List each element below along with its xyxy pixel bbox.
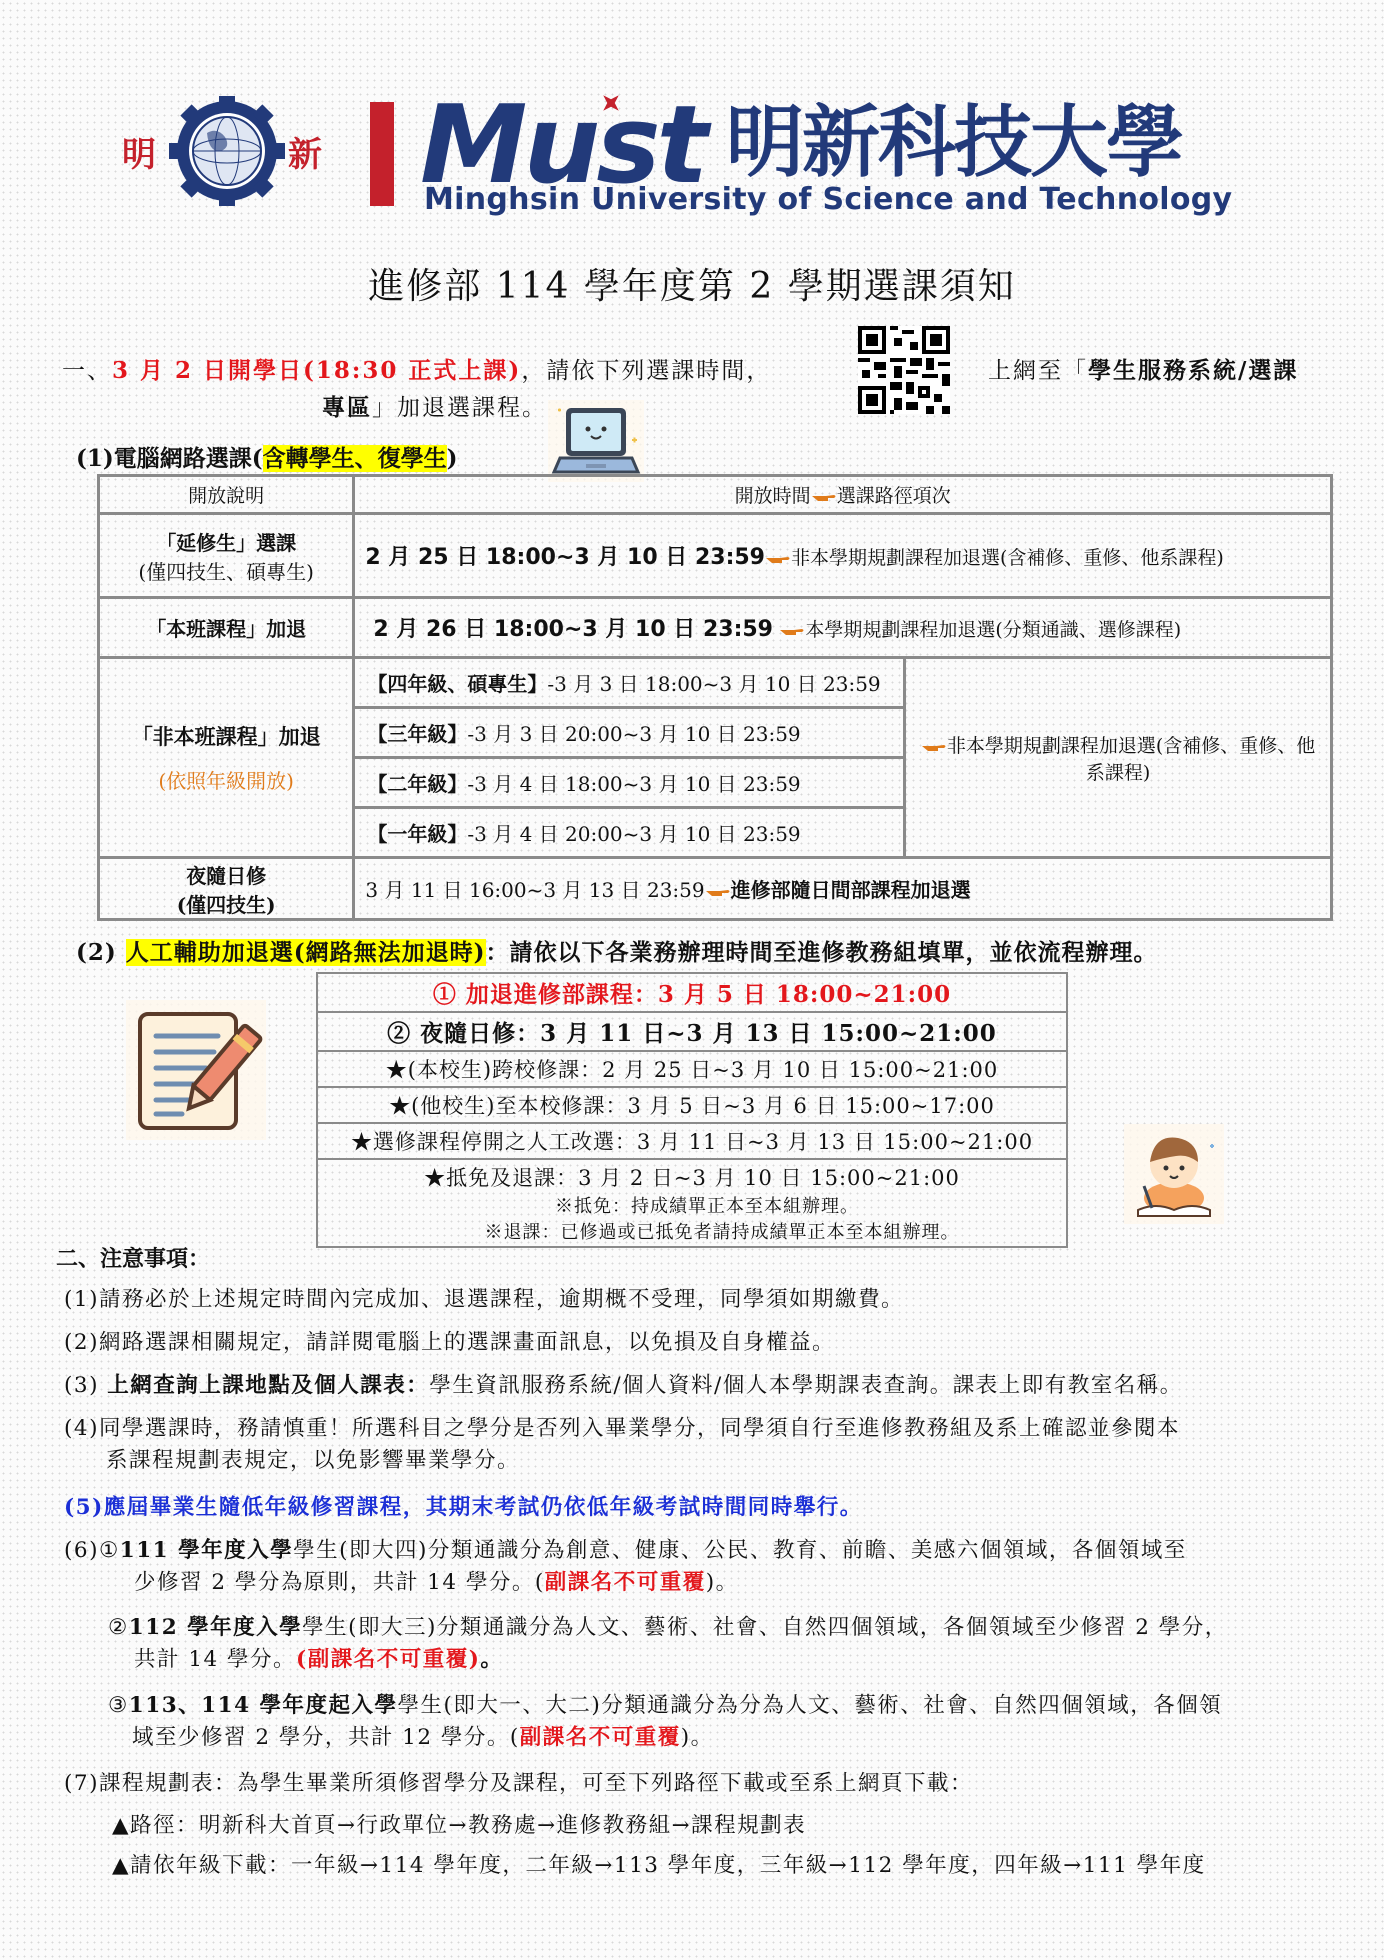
- note-item-5: (5)應屆畢業生隨低年級修習課程，其期末考試仍依低年級考試時間同時舉行。: [64, 1492, 863, 1524]
- highlight-transfer-students: 含轉學生、復學生: [263, 445, 447, 472]
- text: 開放時間: [735, 485, 811, 507]
- semester-start-date: 3 月 2 日開學日(18:30 正式上課): [112, 357, 521, 384]
- time-range: -3 月 4 日 18:00~3 月 10 日 23:59: [467, 772, 800, 796]
- manual-selection-table: ① 加退進修部課程：3 月 5 日 18:00~21:00 ② 夜隨日修：3 月…: [316, 972, 1068, 1248]
- manual-row-other-school: ★(他校生)至本校修課：3 月 5 日~3 月 6 日 15:00~17:00: [317, 1087, 1067, 1123]
- row-time-night-day: 3 月 11 日 16:00~3 月 13 日 23:59進修部隨日間部課程加退…: [354, 858, 1332, 920]
- manual-row-night-day: ② 夜隨日修：3 月 11 日~3 月 13 日 15:00~21:00: [317, 1012, 1067, 1051]
- text: 選課路徑項次: [837, 485, 951, 507]
- logo-divider-bar: [370, 102, 394, 206]
- manual-row-course-cancel: ★選修課程停開之人工改選：3 月 11 日~3 月 13 日 15:00~21:…: [317, 1123, 1067, 1159]
- note-item-6b: ②112 學年度入學學生(即大三)分類通識分為人文、藝術、社會、自然四個領域，各…: [108, 1612, 1228, 1677]
- table-row: 「非本班課程」加退 (依照年級開放) 【四年級、碩專生】-3 月 3 日 18:…: [99, 658, 1332, 708]
- no-duplicate-warning: 副課名不可重覆: [545, 1570, 706, 1595]
- pointing-hand-icon: [811, 491, 837, 503]
- text: 。: [480, 1647, 503, 1672]
- qr-code[interactable]: [858, 326, 950, 414]
- label: 「非本班課程」加退: [100, 721, 352, 751]
- note-item-7: (7)課程規劃表：為學生畢業所須修習學分及課程，可至下列路徑下載或至系上網頁下載…: [64, 1768, 973, 1800]
- grade-label: 【一年級】: [367, 822, 467, 846]
- pointing-hand-icon: [779, 625, 805, 637]
- no-duplicate-warning: 副課名不可重覆: [520, 1725, 681, 1750]
- manual-row-add-drop: ① 加退進修部課程：3 月 5 日 18:00~21:00: [317, 973, 1067, 1012]
- document-title: 進修部 114 學年度第 2 學期選課須知: [0, 258, 1384, 309]
- pointing-hand-icon: [705, 886, 731, 898]
- note-item-1: (1)請務必於上述規定時間內完成加、退選課程，逾期概不受理，同學須如期繳費。: [64, 1284, 904, 1316]
- sublabel: (僅四技生): [100, 889, 352, 918]
- section1-text: ，請依下列選課時間，: [521, 358, 771, 384]
- manual-row-waiver-withdraw: ★抵免及退課：3 月 2 日~3 月 10 日 15:00~21:00 ※抵免：…: [317, 1159, 1067, 1247]
- grade-row-4: 【四年級、碩專生】-3 月 3 日 18:00~3 月 10 日 23:59: [354, 658, 905, 708]
- svg-text:明: 明: [122, 135, 156, 175]
- selection-path: 非本學期規劃課程加退選(含補修、重修、他系課程): [791, 547, 1224, 569]
- grade-row-2: 【二年級】-3 月 4 日 18:00~3 月 10 日 23:59: [354, 758, 905, 808]
- label: 夜隨日修: [100, 860, 352, 889]
- student-service-system-link: 學生服務系統/選課: [1088, 357, 1298, 384]
- row-time-extended: 2 月 25 日 18:00~3 月 10 日 23:59非本學期規劃課程加退選…: [354, 514, 1332, 598]
- text: 系課程規劃表規定，以免影響畢業學分。: [64, 1445, 1180, 1477]
- text: 學生(即大三)分類通識分為人文、藝術、社會、自然四個領域，各個領域至少修習 2 …: [302, 1615, 1228, 1640]
- note-item-2: (2)網路選課相關規定，請詳閱電腦上的選課畫面訊息，以免損及自身權益。: [64, 1327, 835, 1359]
- time-range: -3 月 3 日 20:00~3 月 10 日 23:59: [467, 722, 800, 746]
- row-time-own-class: 2 月 26 日 18:00~3 月 10 日 23:59 本學期規劃課程加退選…: [354, 598, 1332, 658]
- pointing-hand-icon: [921, 741, 947, 753]
- waiver-note: ※抵免：持成績單正本至本組辦理。: [318, 1192, 1066, 1218]
- text: (6)①: [64, 1538, 120, 1563]
- section1-prefix: 一、: [62, 358, 112, 384]
- table-row: 「本班課程」加退 2 月 26 日 18:00~3 月 10 日 23:59 本…: [99, 598, 1332, 658]
- header-description: 開放說明: [99, 476, 354, 514]
- text: )。: [706, 1570, 739, 1595]
- course-zone-label: 專區: [322, 394, 372, 421]
- text: 112 學年度入學: [129, 1615, 302, 1640]
- selection-path: 進修部隨日間部課程加退選: [731, 878, 971, 902]
- table-row: 夜隨日修 (僅四技生) 3 月 11 日 16:00~3 月 13 日 23:5…: [99, 858, 1332, 920]
- selection-path: 本學期規劃課程加退選(分類通識、選修課程): [805, 619, 1181, 641]
- grade-label: 【三年級】: [367, 722, 467, 746]
- text: 共計 14 學分。: [134, 1647, 296, 1672]
- grade-label: 【二年級】: [367, 772, 467, 796]
- online-selection-table: 開放說明 開放時間選課路徑項次 「延修生」選課 (僅四技生、碩專生) 2 月 2…: [97, 474, 1333, 921]
- time-range: 2 月 25 日 18:00~3 月 10 日 23:59: [365, 545, 765, 570]
- note-item-3: (3) 上網查詢上課地點及個人課表：學生資訊服務系統/個人資料/個人本學期課表查…: [64, 1370, 1183, 1402]
- text: 學生資訊服務系統/個人資料/個人本學期課表查詢。課表上即有教室名稱。: [429, 1373, 1183, 1398]
- section2-title: 二、注意事項：: [56, 1242, 210, 1273]
- note-item-7-grade: ▲請依年級下載：一年級→114 學年度，二年級→113 學年度，三年級→112 …: [112, 1850, 1206, 1882]
- grade-row-1: 【一年級】-3 月 4 日 20:00~3 月 10 日 23:59: [354, 808, 905, 858]
- manual-row-cross-school: ★(本校生)跨校修課：2 月 25 日~3 月 10 日 15:00~21:00: [317, 1051, 1067, 1087]
- row-label-night-day: 夜隨日修 (僅四技生): [99, 858, 354, 920]
- text: (4)同學選課時，務請慎重！所選科目之學分是否列入畢業學分，同學須自行至進修教務…: [64, 1413, 1180, 1445]
- note-item-6c: ③113、114 學年度起入學學生(即大一、大二)分類通識分為分為人文、藝術、社…: [108, 1690, 1222, 1755]
- text: 111 學年度入學: [120, 1538, 293, 1563]
- grade-row-3: 【三年級】-3 月 3 日 20:00~3 月 10 日 23:59: [354, 708, 905, 758]
- text: (1)電腦網路選課(: [76, 445, 263, 472]
- table-header-row: 開放說明 開放時間選課路徑項次: [99, 476, 1332, 514]
- text: 上網查詢上課地點及個人課表：: [107, 1373, 429, 1398]
- section1-line2: 專區」加退選課程。: [322, 389, 547, 422]
- time-range: -3 月 3 日 18:00~3 月 10 日 23:59: [547, 672, 880, 696]
- text: 少修習 2 學分為原則，共計 14 學分。(: [134, 1570, 545, 1595]
- subsection2-title: (2) 人工輔助加退選(網路無法加退時)：請依以下各業務辦理時間至進修教務組填單…: [76, 934, 1158, 967]
- subsection1-title: (1)電腦網路選課(含轉學生、復學生): [76, 440, 458, 473]
- sublabel: (依照年級開放): [100, 765, 352, 794]
- section1-line1: 一、3 月 2 日開學日(18:30 正式上課)，請依下列選課時間，: [62, 352, 771, 385]
- text: 學生(即大四)分類通識分為創意、健康、公民、教育、前瞻、美感六個領域，各個領域至: [293, 1538, 1187, 1563]
- row-label-extended: 「延修生」選課 (僅四技生、碩專生): [99, 514, 354, 598]
- text: 」加退選課程。: [372, 395, 547, 421]
- text: ): [447, 445, 458, 472]
- time-range: 3 月 11 日 16:00~3 月 13 日 23:59: [365, 878, 704, 902]
- text: 學生(即大一、大二)分類通識分為分為人文、藝術、社會、自然四個領域，各個領: [398, 1693, 1223, 1718]
- logo-english-name: Minghsin University of Science and Techn…: [424, 182, 1232, 217]
- selection-path: 非本學期規劃課程加退選(含補修、重修、他系課程): [947, 735, 1315, 784]
- note-item-6a: (6)①111 學年度入學學生(即大四)分類通識分為創意、健康、公民、教育、前瞻…: [64, 1535, 1187, 1600]
- school-emblem: 明 新: [122, 96, 332, 206]
- withdraw-note: ※退課：已修過或已抵免者請持成績單正本至本組辦理。: [318, 1218, 1066, 1244]
- row-path-other-class: 非本學期規劃課程加退選(含補修、重修、他系課程): [905, 658, 1332, 858]
- text: (2): [76, 939, 126, 966]
- time-range: 2 月 26 日 18:00~3 月 10 日 23:59: [373, 617, 773, 642]
- svg-text:新: 新: [288, 135, 322, 175]
- laptop-illustration-icon: [548, 400, 644, 482]
- row-label-own-class: 「本班課程」加退: [99, 598, 354, 658]
- text: ★抵免及退課：3 月 2 日~3 月 10 日 15:00~21:00: [318, 1162, 1066, 1192]
- grade-label: 【四年級、碩專生】: [367, 672, 547, 696]
- note-item-7-path: ▲路徑：明新科大首頁→行政單位→教務處→進修教務組→課程規劃表: [112, 1810, 806, 1842]
- text: 113、114 學年度起入學: [129, 1693, 398, 1718]
- label: 「延修生」選課: [100, 527, 352, 556]
- text: 域至少修習 2 學分，共計 12 學分。(: [132, 1725, 520, 1750]
- pointing-hand-icon: [765, 553, 791, 565]
- no-duplicate-warning: (副課名不可重覆): [296, 1647, 480, 1672]
- section1-system-path: 上網至「學生服務系統/選課: [988, 352, 1298, 385]
- sublabel: (僅四技生、碩專生): [100, 556, 352, 585]
- row-label-other-class: 「非本班課程」加退 (依照年級開放): [99, 658, 354, 858]
- text: )。: [681, 1725, 714, 1750]
- time-range: -3 月 4 日 20:00~3 月 10 日 23:59: [467, 822, 800, 846]
- logo-chinese-name: 明新科技大學: [726, 104, 1182, 182]
- highlight-manual-selection: 人工輔助加退選(網路無法加退時): [126, 939, 486, 966]
- notepad-pencil-illustration-icon: [126, 1000, 266, 1140]
- text: (3): [64, 1373, 107, 1398]
- header-time-path: 開放時間選課路徑項次: [354, 476, 1332, 514]
- text: ：請依以下各業務辦理時間至進修教務組填單，並依流程辦理。: [486, 939, 1158, 966]
- text: ③: [108, 1693, 129, 1718]
- table-row: 「延修生」選課 (僅四技生、碩專生) 2 月 25 日 18:00~3 月 10…: [99, 514, 1332, 598]
- text: ②: [108, 1615, 129, 1640]
- student-writing-illustration-icon: [1124, 1124, 1224, 1224]
- note-item-4: (4)同學選課時，務請慎重！所選科目之學分是否列入畢業學分，同學須自行至進修教務…: [64, 1413, 1180, 1478]
- text: 上網至「: [988, 358, 1088, 384]
